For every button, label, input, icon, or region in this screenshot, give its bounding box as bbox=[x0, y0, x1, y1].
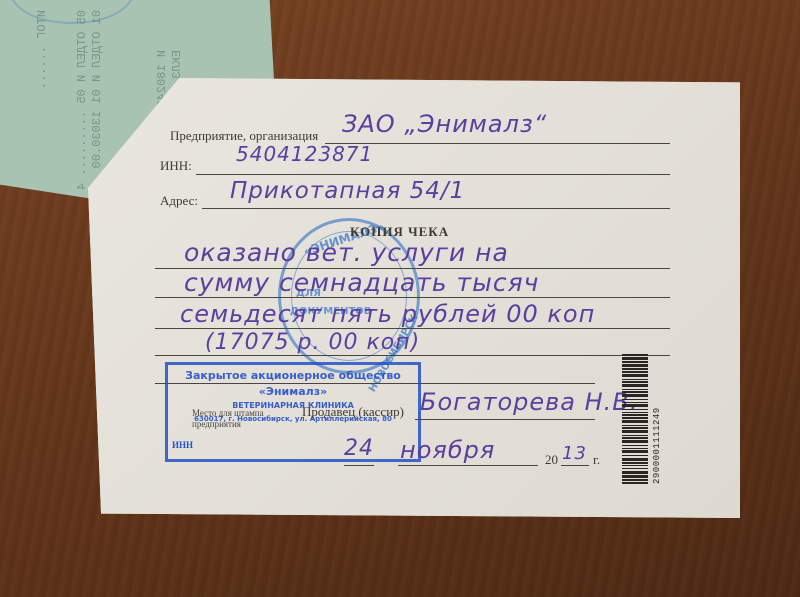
body-line-rule bbox=[155, 328, 670, 329]
barcode-bar bbox=[622, 391, 648, 393]
inn-underline bbox=[196, 174, 670, 175]
body-line-rule bbox=[155, 297, 670, 298]
barcode-bar bbox=[622, 381, 648, 383]
stamp-place-label: Место для штампа предприятия bbox=[192, 408, 272, 430]
barcode-bar bbox=[622, 471, 648, 474]
body-line-2: сумму семнадцать тысяч bbox=[184, 268, 539, 297]
seller-label: Продавец (кассир) bbox=[302, 404, 404, 420]
barcode-bar bbox=[622, 448, 648, 450]
barcode-bar bbox=[622, 399, 648, 401]
date-year-suffix-label: г. bbox=[593, 452, 600, 468]
barcode-bar bbox=[622, 414, 648, 416]
barcode-bar bbox=[622, 455, 648, 457]
organization-value: ЗАО „Энималз“ bbox=[342, 110, 547, 138]
barcode-bar bbox=[622, 374, 648, 377]
barcode-bar bbox=[622, 368, 648, 370]
seller-underline bbox=[415, 419, 595, 420]
rect-stamp-line2: «Энималз» bbox=[168, 385, 418, 398]
seller-signature: Богаторева Н.В. bbox=[420, 388, 638, 416]
barcode-bar bbox=[622, 430, 648, 433]
barcode-bar bbox=[622, 394, 648, 397]
body-line-1: оказано вет. услуги на bbox=[184, 238, 509, 267]
barcode-bar bbox=[622, 425, 648, 427]
body-line-rule bbox=[155, 355, 670, 356]
barcode-bar bbox=[622, 450, 648, 453]
barcode-bar bbox=[622, 364, 648, 367]
receipt-line: ИТОГ ...... bbox=[35, 10, 49, 89]
barcode-bar bbox=[622, 445, 648, 447]
barcode-bar bbox=[622, 435, 648, 437]
barcode-bar bbox=[622, 384, 648, 387]
barcode-bar bbox=[622, 468, 648, 470]
stamp-place-inn: ИНН bbox=[172, 440, 193, 450]
barcode-bar bbox=[622, 420, 648, 423]
body-line-4: (17075 р. 00 коп) bbox=[205, 330, 420, 355]
date-day-underline bbox=[344, 465, 374, 466]
barcode-bar bbox=[622, 427, 648, 429]
organization-underline bbox=[325, 143, 670, 144]
barcode-bar bbox=[622, 458, 648, 461]
barcode-bar bbox=[622, 437, 648, 439]
barcode-bar bbox=[622, 409, 648, 411]
barcode-bar bbox=[622, 475, 648, 478]
barcode-bar bbox=[622, 412, 648, 414]
address-underline bbox=[202, 208, 670, 209]
date-day: 24 bbox=[344, 436, 374, 461]
barcode-bar bbox=[622, 440, 648, 443]
barcode-bar bbox=[622, 402, 648, 404]
barcode-bar bbox=[622, 482, 648, 484]
rect-stamp-line1: Закрытое акционерное общество bbox=[168, 369, 418, 382]
barcode-bar bbox=[622, 479, 648, 481]
barcode-number: 2900001111249 bbox=[652, 354, 662, 484]
receipt-line: 01 ОТДЕЛ И 01 13030.00 bbox=[90, 10, 104, 168]
date-year-underline bbox=[561, 465, 589, 466]
address-value: Прикотапная 54/1 bbox=[230, 178, 465, 204]
barcode bbox=[622, 354, 648, 484]
date-year-suffix: 13 bbox=[562, 443, 587, 464]
barcode-bar bbox=[622, 371, 648, 373]
date-year-prefix: 20 bbox=[545, 452, 558, 468]
barcode-bar bbox=[622, 404, 648, 407]
barcode-bar bbox=[622, 354, 648, 356]
date-month: ноября bbox=[400, 436, 495, 464]
barcode-bar bbox=[622, 389, 648, 391]
inn-value: 5404123871 bbox=[236, 142, 373, 166]
barcode-bar bbox=[622, 465, 648, 467]
body-line-3: семьдесят пять рублей 00 коп bbox=[180, 300, 595, 328]
barcode-bar bbox=[622, 417, 648, 419]
date-month-underline bbox=[398, 465, 538, 466]
barcode-bar bbox=[622, 462, 648, 464]
barcode-bar bbox=[622, 357, 648, 360]
address-label: Адрес: bbox=[160, 193, 198, 209]
barcode-bar bbox=[622, 379, 648, 381]
receipt-line: 05 ОТДЕЛ И 05 ......... 4 bbox=[75, 10, 89, 190]
barcode-bar bbox=[622, 361, 648, 363]
inn-label: ИНН: bbox=[160, 158, 192, 174]
